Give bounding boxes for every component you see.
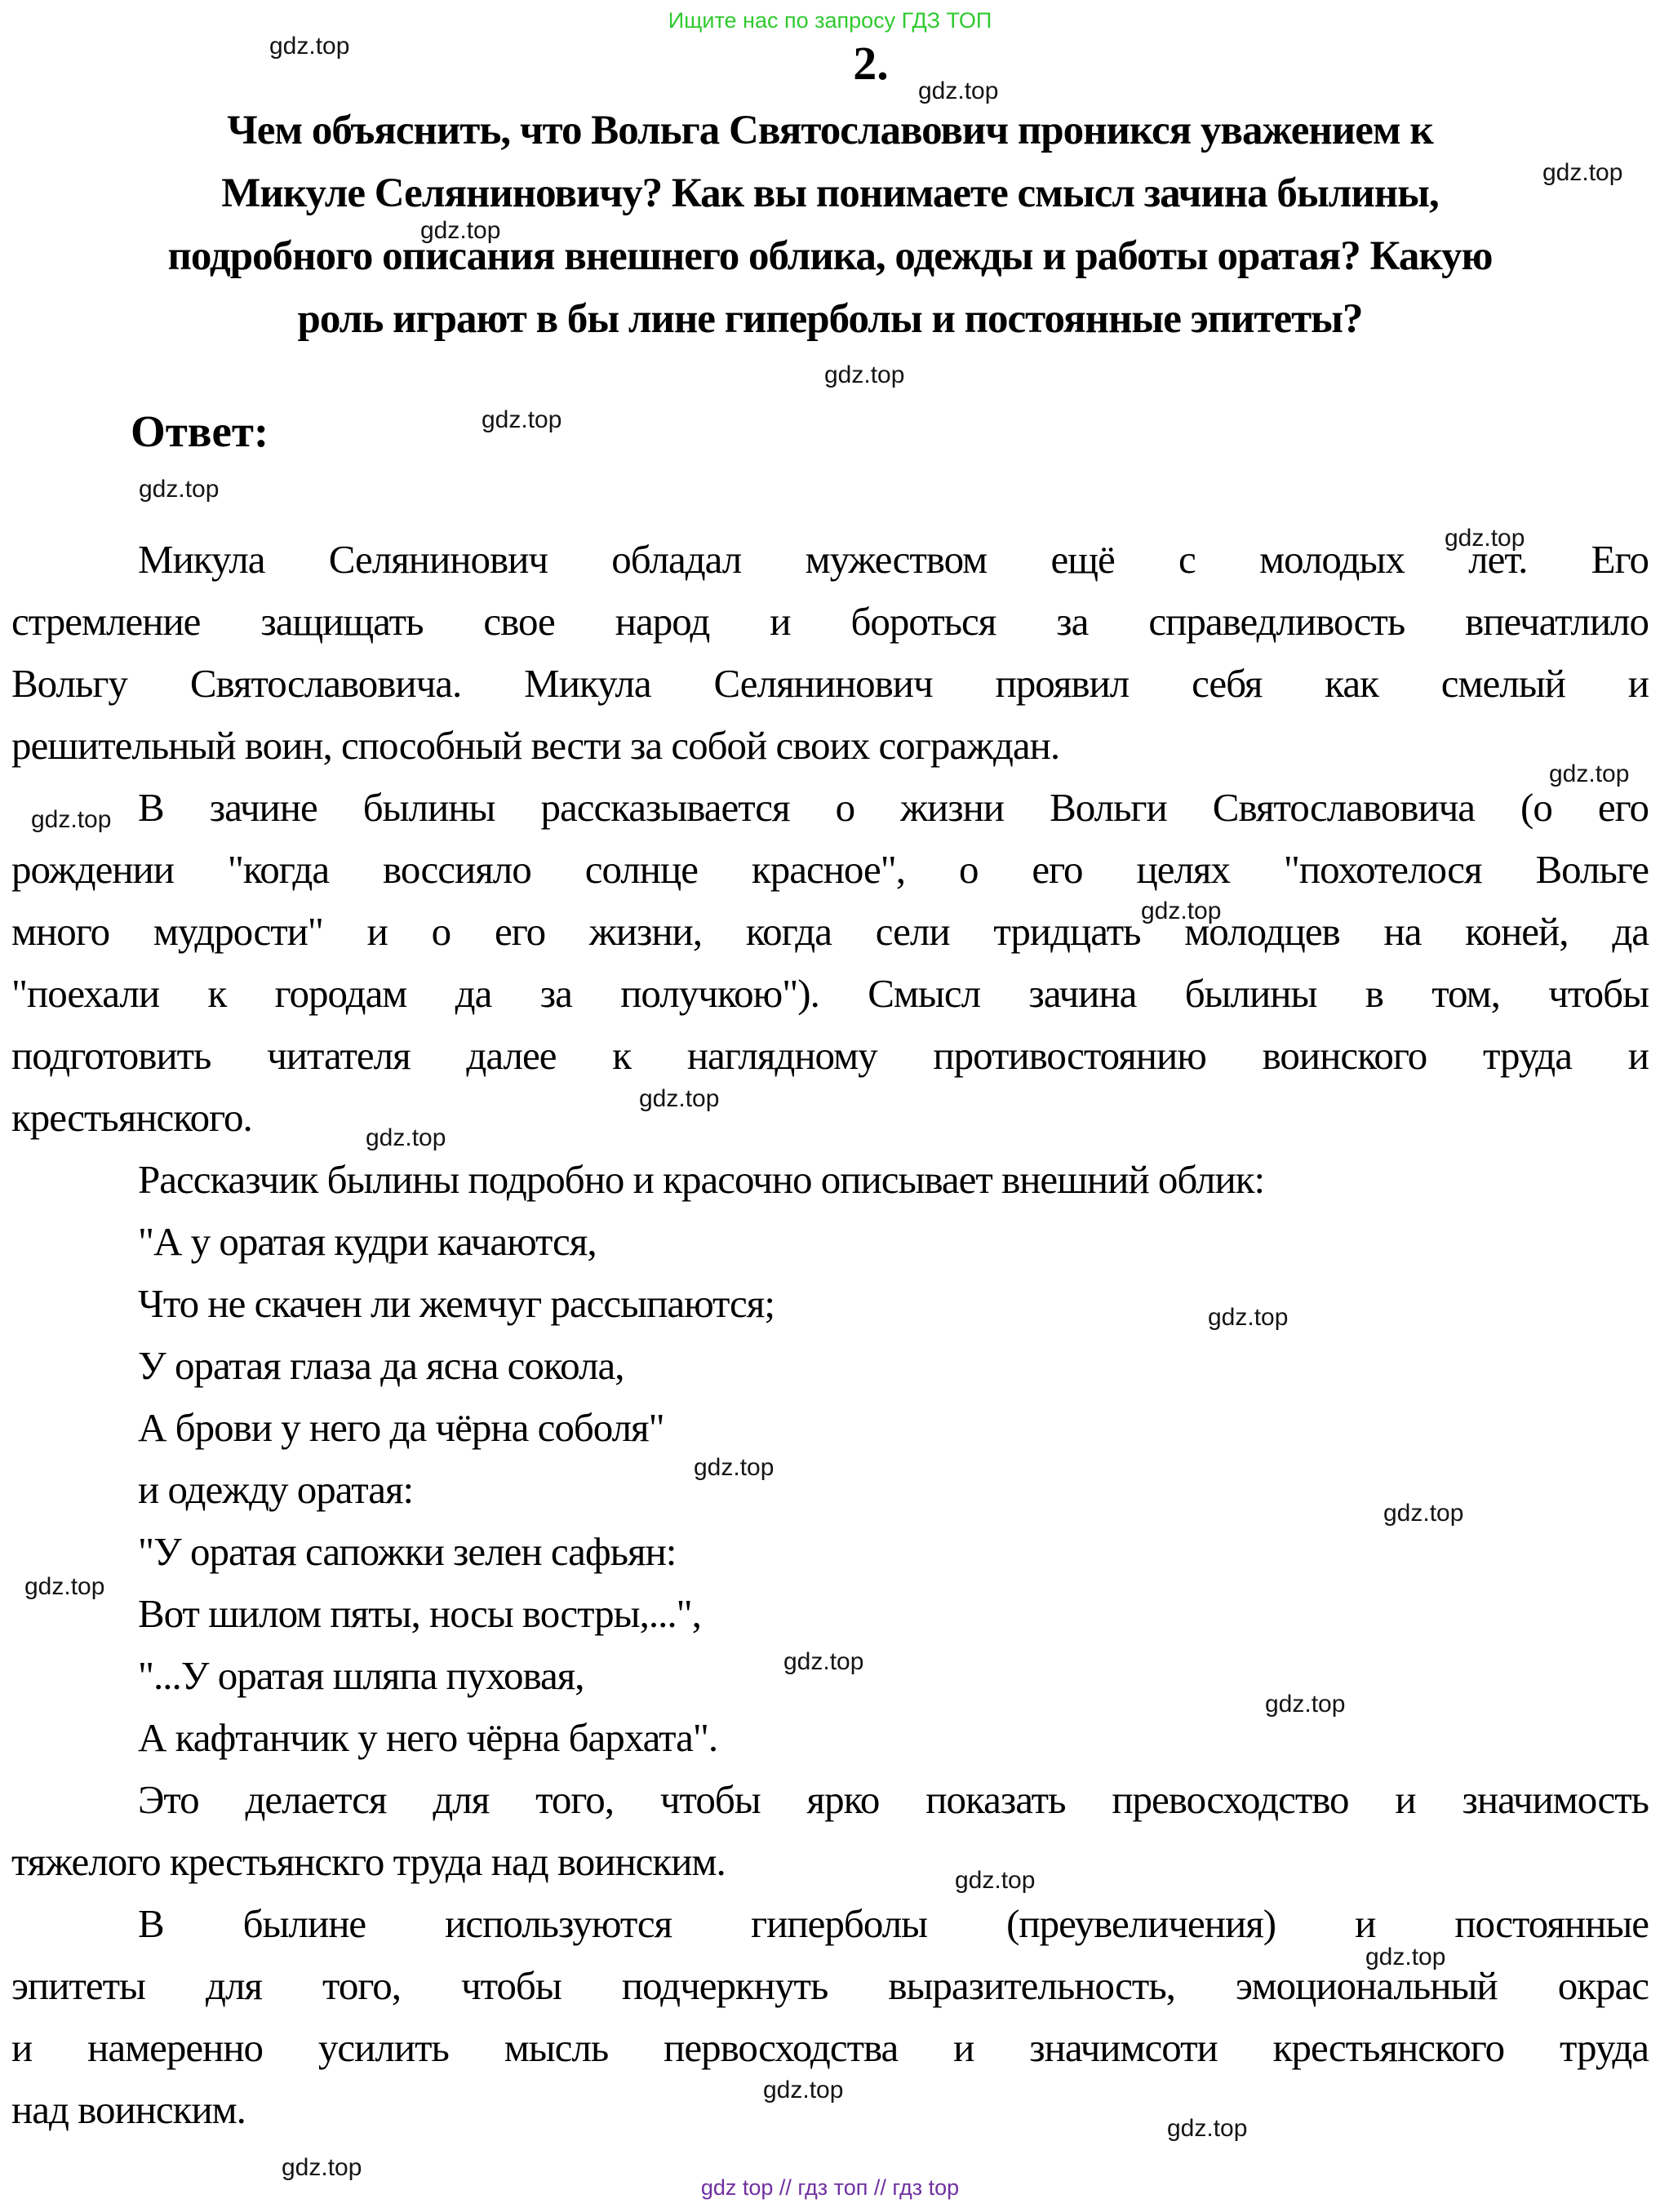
body-line: тяжелого крестьянскго труда над воинским… — [11, 1831, 1649, 1893]
quote-line: Что не скачен ли жемчуг рассыпаются; — [11, 1273, 1649, 1335]
question-line: роль играют в бы лине гиперболы и постоя… — [33, 288, 1627, 351]
question-line: Чем объяснить, что Вольга Святославович … — [33, 100, 1627, 162]
watermark-text: gdz.top — [139, 476, 219, 503]
answer-body: Микула Селянинович обладал мужеством ещё… — [0, 529, 1660, 2141]
body-line: В зачине былины рассказывается о жизни В… — [11, 777, 1649, 839]
watermark-text: gdz.top — [694, 1454, 774, 1482]
body-line: Микула Селянинович обладал мужеством ещё… — [11, 529, 1649, 591]
question-line: подробного описания внешнего облика, оде… — [33, 225, 1627, 288]
body-line: Это делается для того, чтобы ярко показа… — [11, 1769, 1649, 1831]
paragraph-narrator-intro: Рассказчик былины подробно и красочно оп… — [11, 1149, 1649, 1211]
watermark-text: gdz.top — [24, 1573, 104, 1601]
answer-label: Ответ: — [131, 406, 1660, 457]
paragraph-zachin: В зачине былины рассказывается о жизни В… — [11, 777, 1649, 1149]
body-line: подготовить читателя далее к наглядному … — [11, 1025, 1649, 1087]
body-line: и намеренно усилить мысль первосходства … — [11, 2017, 1649, 2079]
paragraph-mikula-courage: Микула Селянинович обладал мужеством ещё… — [11, 529, 1649, 777]
watermark-text: gdz.top — [1542, 159, 1622, 187]
body-line: решительный воин, способный вести за соб… — [11, 715, 1649, 777]
footer-links: gdz top // гдз топ // гдз top — [0, 2175, 1660, 2201]
quote-block: "А у оратая кудри качаются,Что не скачен… — [11, 1211, 1649, 1769]
watermark-text: gdz.top — [420, 217, 500, 245]
body-line: Рассказчик былины подробно и красочно оп… — [11, 1149, 1649, 1211]
watermark-text: gdz.top — [1365, 1944, 1445, 1971]
watermark-text: gdz.top — [955, 1867, 1035, 1895]
body-line: много мудрости" и о его жизни, когда сел… — [11, 901, 1649, 963]
watermark-text: gdz.top — [824, 361, 904, 389]
quote-line: А кафтанчик у него чёрна бархата". — [11, 1707, 1649, 1769]
watermark-text: gdz.top — [1141, 898, 1221, 925]
body-line: стремление защищать свое народ и боротьс… — [11, 591, 1649, 653]
quote-line: "У оратая сапожки зелен сафьян: — [11, 1521, 1649, 1583]
watermark-text: gdz.top — [1445, 525, 1525, 552]
watermark-text: gdz.top — [366, 1124, 446, 1152]
paragraph-superiority: Это делается для того, чтобы ярко показа… — [11, 1769, 1649, 1893]
watermark-text: gdz.top — [1167, 2115, 1247, 2143]
quote-line: "А у оратая кудри качаются, — [11, 1211, 1649, 1273]
watermark-text: gdz.top — [1265, 1691, 1345, 1718]
body-line: крестьянского. — [11, 1087, 1649, 1149]
watermark-text: gdz.top — [763, 2077, 843, 2104]
watermark-text: gdz.top — [1549, 760, 1629, 788]
body-line: Вольгу Святославовича. Микула Селянинови… — [11, 653, 1649, 715]
watermark-text: gdz.top — [918, 78, 998, 105]
question-line: Микуле Селяниновичу? Как вы понимаете см… — [33, 162, 1627, 225]
body-line: "поехали к городам да за получкою"). Смы… — [11, 963, 1649, 1025]
promo-banner: Ищите нас по запросу ГДЗ ТОП — [0, 0, 1660, 33]
document-page: { "page": { "promo_top": "Ищите нас по з… — [0, 0, 1660, 2212]
watermark-text: gdz.top — [269, 33, 349, 60]
watermark-text: gdz.top — [639, 1085, 719, 1113]
watermark-text: gdz.top — [783, 1648, 863, 1676]
quote-line: Вот шилом пяты, носы востры,...", — [11, 1583, 1649, 1645]
watermark-text: gdz.top — [1208, 1304, 1288, 1332]
question-heading: Чем объяснить, что Вольга Святославович … — [0, 100, 1660, 351]
watermark-text: gdz.top — [1383, 1500, 1463, 1527]
task-number: 2. — [0, 36, 1660, 91]
watermark-text: gdz.top — [31, 806, 111, 834]
quote-line: У оратая глаза да ясна сокола, — [11, 1335, 1649, 1397]
quote-line: А брови у него да чёрна соболя" — [11, 1397, 1649, 1459]
watermark-text: gdz.top — [482, 406, 561, 434]
body-line: рождении "когда воссияло солнце красное"… — [11, 839, 1649, 901]
